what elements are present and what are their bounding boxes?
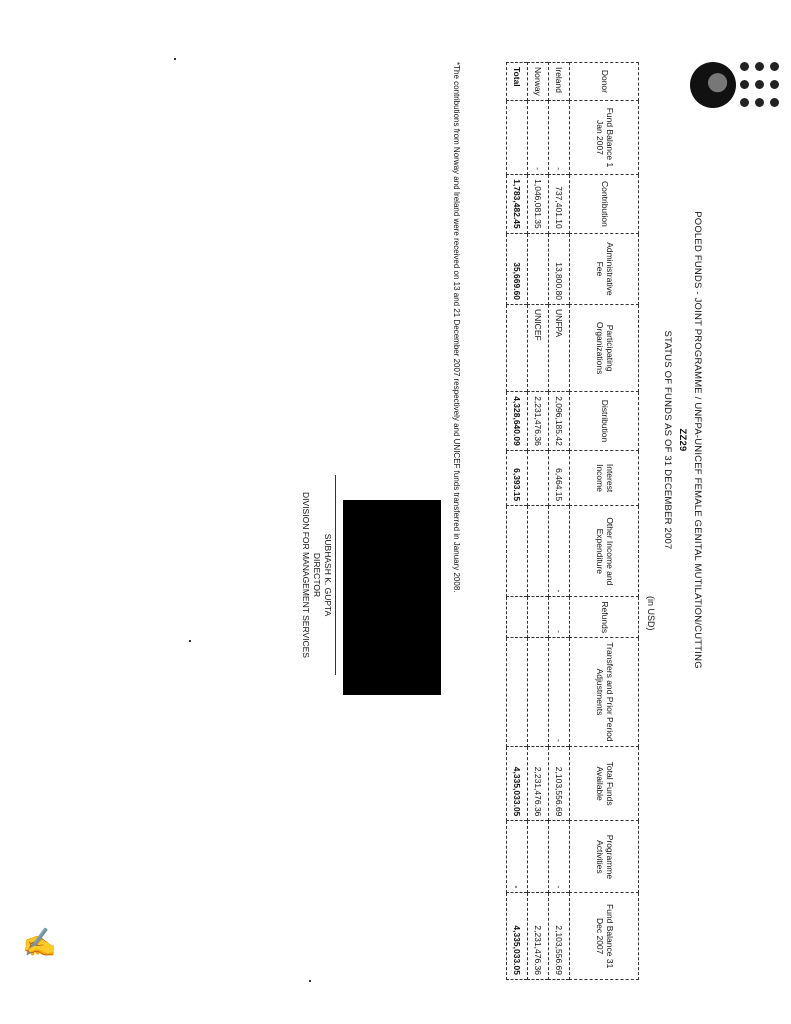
document-subtitle: STATUS OF FUNDS AS OF 31 DECEMBER 2007 bbox=[662, 210, 673, 670]
cell-admin-fee: 35,669.60 bbox=[507, 233, 528, 304]
header-contribution: Contribution bbox=[570, 175, 639, 234]
header-programme-activities: Programme Activities bbox=[570, 821, 639, 893]
table-row: Norway-1,046,081.35UNICEF2,231,476.362,2… bbox=[528, 63, 549, 980]
cell-refunds bbox=[507, 597, 528, 638]
header-total-funds: Total Funds Available bbox=[570, 746, 639, 821]
header-transfers: Transfers and Prior Period Adjustments bbox=[570, 638, 639, 747]
header-distribution: Distribution bbox=[570, 392, 639, 451]
cell-transfers bbox=[528, 638, 549, 747]
scan-speck bbox=[189, 640, 191, 642]
signature-block: SUBHASH K. GUPTA DIRECTOR DIVISION FOR M… bbox=[300, 455, 336, 695]
cell-distribution: 2,231,476.36 bbox=[528, 392, 549, 451]
cell-admin-fee bbox=[528, 233, 549, 304]
signatory-title: DIRECTOR bbox=[311, 455, 322, 695]
cell-fund-balance-open: - bbox=[528, 100, 549, 174]
header-fund-balance-close: Fund Balance 31 Dec 2007 bbox=[570, 893, 639, 980]
signatory-division: DIVISION FOR MANAGEMENT SERVICES bbox=[300, 455, 311, 695]
document-title: POOLED FUNDS - JOINT PROGRAMME / UNFPA-U… bbox=[692, 210, 703, 670]
cell-transfers bbox=[507, 638, 528, 747]
cell-total-funds: 2,231,476.36 bbox=[528, 746, 549, 821]
cell-interest-income bbox=[528, 450, 549, 505]
cell-programme-activities bbox=[528, 821, 549, 893]
cell-admin-fee: 13,800.80 bbox=[549, 233, 570, 304]
header-participating-orgs: Participating Organizations bbox=[570, 305, 639, 392]
cell-transfers: - bbox=[549, 638, 570, 747]
signature-line bbox=[335, 475, 336, 675]
table-row: Total1,783,482.4535,669.604,328,640.096,… bbox=[507, 63, 528, 980]
cell-fund-balance-open: - bbox=[549, 100, 570, 174]
header-refunds: Refunds bbox=[570, 597, 639, 638]
status-of-funds-table: Donor Fund Balance 1 Jan 2007 Contributi… bbox=[506, 62, 639, 980]
cell-fund-balance-close: 4,335,033.05 bbox=[507, 893, 528, 980]
footnote: *The contributions from Norway and Irela… bbox=[452, 62, 461, 822]
cell-contribution: 1,046,081.35 bbox=[528, 175, 549, 234]
cell-distribution: 2,096,185.42 bbox=[549, 392, 570, 451]
redacted-signature bbox=[343, 500, 441, 695]
cell-total-funds: 4,335,033.05 bbox=[507, 746, 528, 821]
cell-refunds: - bbox=[549, 597, 570, 638]
header-admin-fee: Administrative Fee bbox=[570, 233, 639, 304]
cell-fund-balance-close: 2,103,556.69 bbox=[549, 893, 570, 980]
table-row: Ireland-737,401.1013,800.80UNFPA2,096,18… bbox=[549, 63, 570, 980]
cell-programme-activities: - bbox=[549, 821, 570, 893]
cell-fund-balance-close: 2,231,476.36 bbox=[528, 893, 549, 980]
cell-donor: Ireland bbox=[549, 63, 570, 101]
header-other-income: Other Income and Expenditure bbox=[570, 506, 639, 597]
fund-code: ZZ29 bbox=[677, 210, 688, 670]
cell-donor: Total bbox=[507, 63, 528, 101]
header-interest-income: Interest Income bbox=[570, 450, 639, 505]
cell-other-income: - bbox=[549, 506, 570, 597]
cell-distribution: 4,328,640.09 bbox=[507, 392, 528, 451]
cell-contribution: 737,401.10 bbox=[549, 175, 570, 234]
cell-fund-balance-open bbox=[507, 100, 528, 174]
cell-interest-income: 6,464.15 bbox=[549, 450, 570, 505]
header-fund-balance-open: Fund Balance 1 Jan 2007 bbox=[570, 100, 639, 174]
document-page: POOLED FUNDS - JOINT PROGRAMME / UNFPA-U… bbox=[0, 0, 791, 1024]
cell-contribution: 1,783,482.45 bbox=[507, 175, 528, 234]
cell-programme-activities: - bbox=[507, 821, 528, 893]
cell-refunds bbox=[528, 597, 549, 638]
handwritten-initials-icon: ✍ bbox=[22, 926, 57, 959]
currency-units: (in USD) bbox=[646, 596, 656, 631]
cell-participating-org bbox=[507, 305, 528, 392]
cell-other-income bbox=[507, 506, 528, 597]
header-donor: Donor bbox=[570, 63, 639, 101]
signatory-name: SUBHASH K. GUPTA bbox=[322, 455, 333, 695]
scan-speck bbox=[174, 58, 176, 60]
cell-participating-org: UNFPA bbox=[549, 305, 570, 392]
cell-donor: Norway bbox=[528, 63, 549, 101]
cell-total-funds: 2,103,556.69 bbox=[549, 746, 570, 821]
cell-interest-income: 6,393.15 bbox=[507, 450, 528, 505]
cell-participating-org: UNICEF bbox=[528, 305, 549, 392]
scan-speck bbox=[309, 980, 311, 982]
cell-other-income bbox=[528, 506, 549, 597]
unfpa-emblem-icon bbox=[709, 62, 779, 120]
table-header-row: Donor Fund Balance 1 Jan 2007 Contributi… bbox=[570, 63, 639, 980]
